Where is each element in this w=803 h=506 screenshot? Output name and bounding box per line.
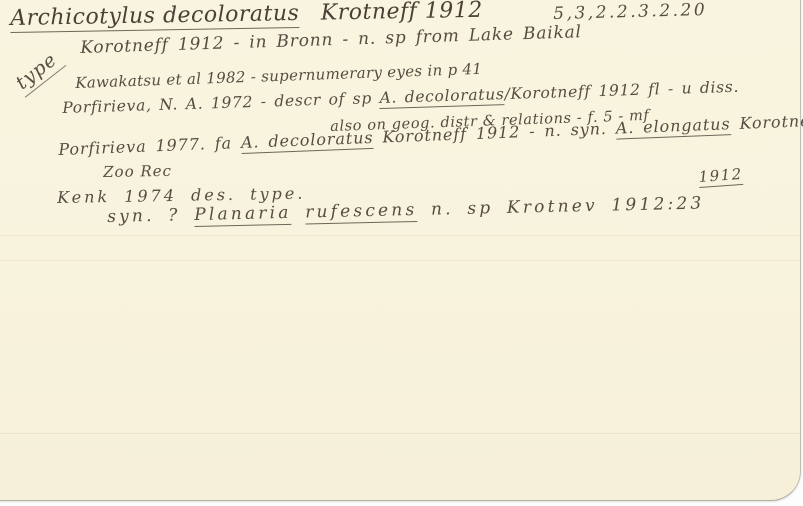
scanned-page: Archicotylus decoloratus Krotneff 1912 5… [0, 0, 803, 506]
species-epithet-underlined: rufescens [305, 200, 418, 225]
species-name-underlined: A. decoloratus [379, 85, 505, 109]
synonym-prefix: syn. ? [107, 205, 194, 227]
species-author-year: Krotneff 1912 [321, 0, 483, 26]
species-name: Archicotylus decoloratus [10, 1, 300, 33]
reference-text: Korotneff [730, 111, 803, 134]
card-rule-line [0, 235, 800, 236]
card-rule-line [0, 433, 800, 434]
card-rule-line [0, 260, 800, 261]
catalog-code: 5,3,2.2.3.2.20 [553, 0, 707, 24]
source-note-zoo-rec: Zoo Rec [103, 162, 172, 181]
genus-name-underlined: Planaria [194, 203, 292, 227]
wrapped-year: 1912 [698, 165, 743, 188]
spacer-text [291, 203, 305, 223]
synonym-name-underlined: A. elongatus [615, 114, 731, 139]
